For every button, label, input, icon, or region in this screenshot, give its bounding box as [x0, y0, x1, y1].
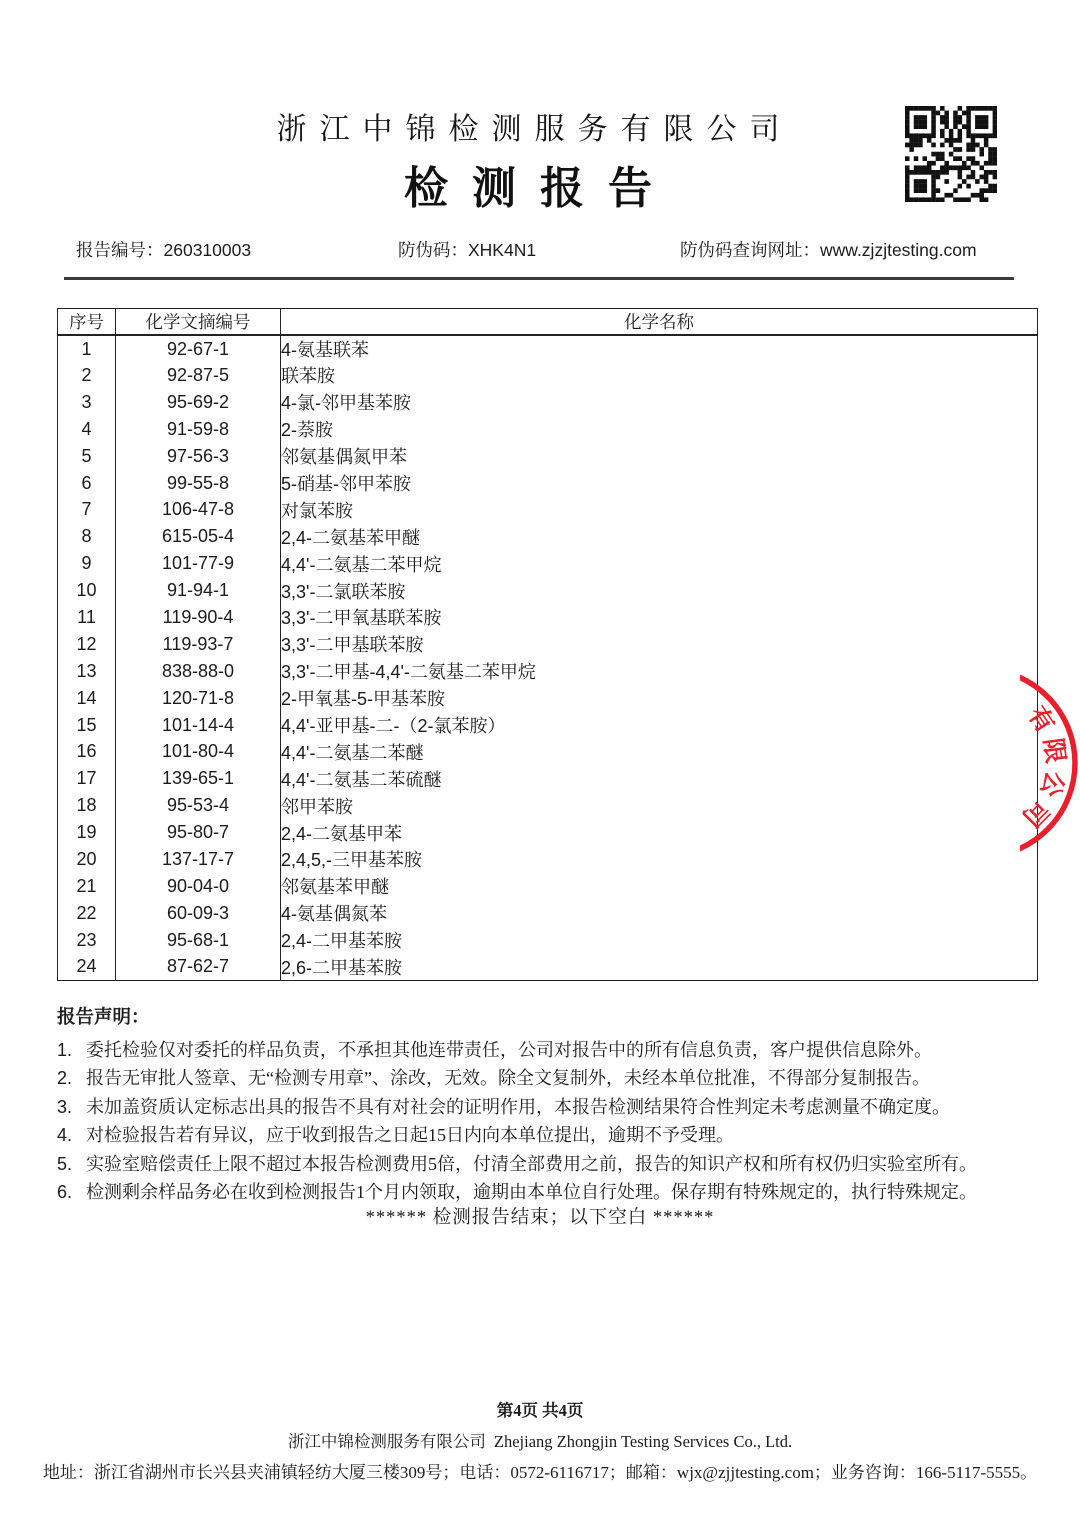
cell-chemical-name: 邻氨基苯甲醚 [281, 873, 1038, 900]
verify-url-value: www.zjzjtesting.com [820, 240, 977, 260]
cell-chemical-name: 4,4'-二氨基二苯醚 [281, 738, 1038, 765]
table-row: 1 92-67-1 4-氨基联苯 [58, 335, 1038, 362]
declaration-item-text: 实验室赔偿责任上限不超过本报告检测费用5倍，付清全部费用之前，报告的知识产权和所… [86, 1150, 1027, 1178]
declaration-item-text: 对检验报告若有异议，应于收到报告之日起15日内向本单位提出，逾期不予受理。 [86, 1121, 1027, 1149]
table-row: 21 90-04-0 邻氨基苯甲醚 [58, 873, 1038, 900]
cell-cas-number: 95-80-7 [116, 819, 281, 846]
cell-index: 20 [58, 846, 116, 873]
cell-cas-number: 101-14-4 [116, 712, 281, 739]
table-row: 10 91-94-1 3,3'-二氯联苯胺 [58, 577, 1038, 604]
cell-chemical-name: 3,3'-二甲基-4,4'-二氨基二苯甲烷 [281, 658, 1038, 685]
table-row: 16 101-80-4 4,4'-二氨基二苯醚 [58, 738, 1038, 765]
report-declarations: 报告声明： 1. 委托检验仅对委托的样品负责，不承担其他连带责任，公司对报告中的… [57, 1003, 1027, 1206]
cell-chemical-name: 4-氨基联苯 [281, 335, 1038, 362]
declaration-item: 2. 报告无审批人签章、无“检测专用章”、涂改，无效。除全文复制外，未经本单位批… [57, 1064, 1027, 1092]
verify-url-label: 防伪码查询网址： [680, 240, 820, 260]
table-row: 15 101-14-4 4,4'-亚甲基-二-（2-氯苯胺） [58, 712, 1038, 739]
table-row: 18 95-53-4 邻甲苯胺 [58, 792, 1038, 819]
cell-chemical-name: 2,6-二甲基苯胺 [281, 954, 1038, 981]
cell-chemical-name: 邻甲苯胺 [281, 792, 1038, 819]
cell-chemical-name: 2,4-二氨基甲苯 [281, 819, 1038, 846]
cell-chemical-name: 2,4-二甲基苯胺 [281, 927, 1038, 954]
footer-company-en: Zhejiang Zhongjin Testing Services Co., … [494, 1432, 792, 1451]
cell-chemical-name: 2-甲氧基-5-甲基苯胺 [281, 685, 1038, 712]
cell-index: 13 [58, 658, 116, 685]
table-row: 8 615-05-4 2,4-二氨基苯甲醚 [58, 523, 1038, 550]
cell-index: 15 [58, 712, 116, 739]
table-row: 13 838-88-0 3,3'-二甲基-4,4'-二氨基二苯甲烷 [58, 658, 1038, 685]
table-row: 17 139-65-1 4,4'-二氨基二苯硫醚 [58, 765, 1038, 792]
cell-cas-number: 120-71-8 [116, 685, 281, 712]
verify-url: 防伪码查询网址：www.zjzjtesting.com [680, 237, 977, 262]
cell-index: 5 [58, 443, 116, 470]
declaration-item: 3. 未加盖资质认定标志出具的报告不具有对社会的证明作用，本报告检测结果符合性判… [57, 1093, 1027, 1121]
report-page: 浙江中锦检测服务有限公司 检测报告 报告编号：260310003 防伪码：XHK… [0, 0, 1080, 1527]
table-row: 24 87-62-7 2,6-二甲基苯胺 [58, 954, 1038, 981]
declaration-item-number: 4. [57, 1121, 86, 1149]
table-row: 4 91-59-8 2-萘胺 [58, 416, 1038, 443]
cell-chemical-name: 对氯苯胺 [281, 496, 1038, 523]
cell-index: 23 [58, 927, 116, 954]
cell-index: 22 [58, 900, 116, 927]
cell-index: 18 [58, 792, 116, 819]
cell-index: 9 [58, 550, 116, 577]
cell-index: 2 [58, 362, 116, 389]
table-row: 9 101-77-9 4,4'-二氨基二苯甲烷 [58, 550, 1038, 577]
cell-index: 24 [58, 954, 116, 981]
cell-chemical-name: 2,4-二氨基苯甲醚 [281, 523, 1038, 550]
cell-cas-number: 95-68-1 [116, 927, 281, 954]
anticounterfeit-value: XHK4N1 [468, 240, 536, 260]
page-number: 第4页 共4页 [0, 1397, 1080, 1421]
cell-cas-number: 99-55-8 [116, 470, 281, 497]
report-number-value: 260310003 [164, 240, 252, 260]
cell-chemical-name: 5-硝基-邻甲苯胺 [281, 470, 1038, 497]
anticounterfeit-code: 防伪码：XHK4N1 [398, 237, 536, 262]
declaration-item-text: 报告无审批人签章、无“检测专用章”、涂改，无效。除全文复制外，未经本单位批准，不… [86, 1064, 1027, 1092]
cell-chemical-name: 4-氯-邻甲基苯胺 [281, 389, 1038, 416]
cell-cas-number: 95-53-4 [116, 792, 281, 819]
footer-address-line: 地址：浙江省湖州市长兴县夹浦镇轻纺大厦三楼309号；电话：0572-611671… [0, 1458, 1080, 1483]
table-row: 6 99-55-8 5-硝基-邻甲苯胺 [58, 470, 1038, 497]
declaration-item-text: 未加盖资质认定标志出具的报告不具有对社会的证明作用，本报告检测结果符合性判定未考… [86, 1093, 1027, 1121]
cell-chemical-name: 3,3'-二甲氧基联苯胺 [281, 604, 1038, 631]
report-number-label: 报告编号： [76, 240, 164, 260]
cell-cas-number: 139-65-1 [116, 765, 281, 792]
table-row: 20 137-17-7 2,4,5,-三甲基苯胺 [58, 846, 1038, 873]
cell-chemical-name: 4-氨基偶氮苯 [281, 900, 1038, 927]
table-row: 14 120-71-8 2-甲氧基-5-甲基苯胺 [58, 685, 1038, 712]
table-row: 2 92-87-5 联苯胺 [58, 362, 1038, 389]
cell-chemical-name: 4,4'-二氨基二苯硫醚 [281, 765, 1038, 792]
qr-code-icon [905, 106, 997, 202]
cell-cas-number: 106-47-8 [116, 496, 281, 523]
cell-cas-number: 119-90-4 [116, 604, 281, 631]
cell-cas-number: 95-69-2 [116, 389, 281, 416]
declaration-item-number: 1. [57, 1036, 86, 1064]
report-number: 报告编号：260310003 [76, 237, 251, 262]
col-header-cas: 化学文摘编号 [116, 309, 281, 336]
table-row: 3 95-69-2 4-氯-邻甲基苯胺 [58, 389, 1038, 416]
cell-cas-number: 92-87-5 [116, 362, 281, 389]
table-row: 7 106-47-8 对氯苯胺 [58, 496, 1038, 523]
declaration-item-number: 3. [57, 1093, 86, 1121]
chemical-table: 序号 化学文摘编号 化学名称 1 92-67-1 4-氨基联苯 2 92-87 [57, 308, 1038, 981]
end-of-report-note: ****** 检测报告结束；以下空白 ****** [0, 1203, 1080, 1229]
col-header-index: 序号 [58, 309, 116, 336]
cell-index: 10 [58, 577, 116, 604]
declaration-item-text: 委托检验仅对委托的样品负责，不承担其他连带责任，公司对报告中的所有信息负责，客户… [86, 1036, 1027, 1064]
cell-cas-number: 92-67-1 [116, 335, 281, 362]
cell-chemical-name: 3,3'-二甲基联苯胺 [281, 631, 1038, 658]
cell-index: 11 [58, 604, 116, 631]
cell-chemical-name: 联苯胺 [281, 362, 1038, 389]
cell-chemical-name: 4,4'-亚甲基-二-（2-氯苯胺） [281, 712, 1038, 739]
cell-index: 14 [58, 685, 116, 712]
cell-index: 6 [58, 470, 116, 497]
cell-cas-number: 91-59-8 [116, 416, 281, 443]
table-header-row: 序号 化学文摘编号 化学名称 [58, 309, 1038, 336]
cell-index: 21 [58, 873, 116, 900]
cell-chemical-name: 2,4,5,-三甲基苯胺 [281, 846, 1038, 873]
anticounterfeit-label: 防伪码： [398, 240, 468, 260]
col-header-name: 化学名称 [281, 309, 1038, 336]
cell-index: 1 [58, 335, 116, 362]
cell-index: 19 [58, 819, 116, 846]
table-row: 22 60-09-3 4-氨基偶氮苯 [58, 900, 1038, 927]
footer-company-cn: 浙江中锦检测服务有限公司 [288, 1432, 486, 1451]
footer-company-line: 浙江中锦检测服务有限公司Zhejiang Zhongjin Testing Se… [0, 1428, 1080, 1452]
cell-cas-number: 101-80-4 [116, 738, 281, 765]
declaration-item: 4. 对检验报告若有异议，应于收到报告之日起15日内向本单位提出，逾期不予受理。 [57, 1121, 1027, 1149]
cell-index: 16 [58, 738, 116, 765]
cell-chemical-name: 邻氨基偶氮甲苯 [281, 443, 1038, 470]
cell-cas-number: 87-62-7 [116, 954, 281, 981]
table-row: 5 97-56-3 邻氨基偶氮甲苯 [58, 443, 1038, 470]
table-row: 11 119-90-4 3,3'-二甲氧基联苯胺 [58, 604, 1038, 631]
table-body: 1 92-67-1 4-氨基联苯 2 92-87-5 联苯胺 3 95-69-2… [58, 335, 1038, 980]
declarations-title: 报告声明： [57, 1003, 1027, 1029]
report-title: 检测报告 [0, 152, 1056, 216]
cell-cas-number: 97-56-3 [116, 443, 281, 470]
cell-index: 7 [58, 496, 116, 523]
company-name-heading: 浙江中锦检测服务有限公司 [0, 104, 1056, 148]
cell-cas-number: 137-17-7 [116, 846, 281, 873]
cell-chemical-name: 2-萘胺 [281, 416, 1038, 443]
cell-index: 4 [58, 416, 116, 443]
header-divider [64, 277, 1014, 280]
declarations-list: 1. 委托检验仅对委托的样品负责，不承担其他连带责任，公司对报告中的所有信息负责… [57, 1036, 1027, 1206]
declaration-item: 5. 实验室赔偿责任上限不超过本报告检测费用5倍，付清全部费用之前，报告的知识产… [57, 1150, 1027, 1178]
cell-index: 3 [58, 389, 116, 416]
table-row: 19 95-80-7 2,4-二氨基甲苯 [58, 819, 1038, 846]
cell-chemical-name: 4,4'-二氨基二苯甲烷 [281, 550, 1038, 577]
cell-index: 8 [58, 523, 116, 550]
cell-cas-number: 615-05-4 [116, 523, 281, 550]
table-row: 12 119-93-7 3,3'-二甲基联苯胺 [58, 631, 1038, 658]
cell-cas-number: 838-88-0 [116, 658, 281, 685]
cell-index: 12 [58, 631, 116, 658]
report-meta-row: 报告编号：260310003 防伪码：XHK4N1 防伪码查询网址：www.zj… [0, 237, 1080, 261]
company-seal-stamp: 有限公司 [1020, 666, 1080, 852]
cell-cas-number: 91-94-1 [116, 577, 281, 604]
declaration-item-number: 5. [57, 1150, 86, 1178]
table-row: 23 95-68-1 2,4-二甲基苯胺 [58, 927, 1038, 954]
chemical-table-wrap: 序号 化学文摘编号 化学名称 1 92-67-1 4-氨基联苯 2 92-87 [57, 308, 1038, 981]
declaration-item-number: 2. [57, 1064, 86, 1092]
declaration-item: 1. 委托检验仅对委托的样品负责，不承担其他连带责任，公司对报告中的所有信息负责… [57, 1036, 1027, 1064]
cell-chemical-name: 3,3'-二氯联苯胺 [281, 577, 1038, 604]
cell-cas-number: 119-93-7 [116, 631, 281, 658]
cell-cas-number: 101-77-9 [116, 550, 281, 577]
cell-cas-number: 60-09-3 [116, 900, 281, 927]
seal-icon: 有限公司 [1020, 666, 1080, 852]
cell-index: 17 [58, 765, 116, 792]
cell-cas-number: 90-04-0 [116, 873, 281, 900]
